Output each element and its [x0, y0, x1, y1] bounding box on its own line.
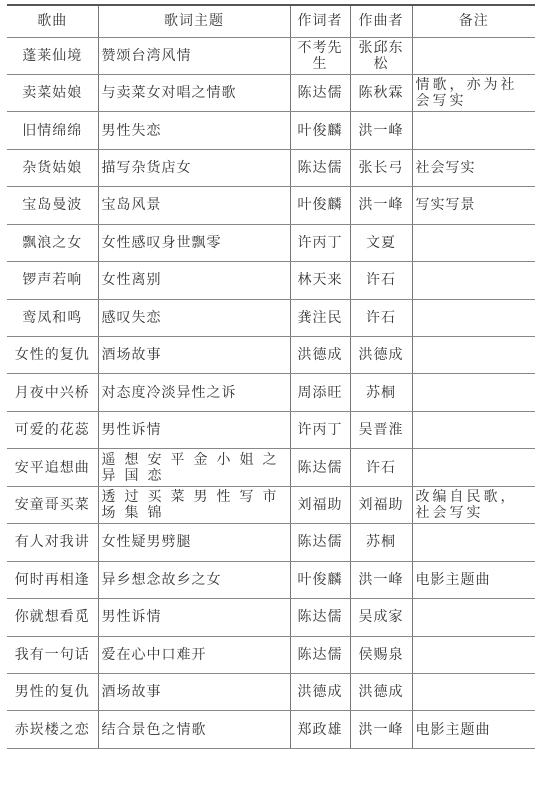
- theme-cell: 男性诉情: [98, 411, 290, 448]
- table-row: 可爱的花蕊男性诉情许丙丁吴晋淮: [7, 411, 535, 448]
- lyricist-cell: 不考先生: [290, 37, 350, 74]
- composer-cell: 苏桐: [350, 524, 412, 561]
- table-row: 女性的复仇酒场故事洪德成洪德成: [7, 337, 535, 374]
- theme-cell: 感叹失恋: [98, 299, 290, 336]
- table-row: 杂货姑娘描写杂货店女陈达儒张长弓社会写实: [7, 149, 535, 186]
- theme-cell: 爱在心中口难开: [98, 636, 290, 673]
- notes-cell: [412, 337, 535, 374]
- song-cell: 男性的复仇: [7, 673, 98, 710]
- composer-cell: 陈秋霖: [350, 74, 412, 111]
- theme-cell: 女性疑男劈腿: [98, 524, 290, 561]
- table-row: 旧情绵绵男性失恋叶俊麟洪一峰: [7, 112, 535, 149]
- lyricist-cell: 陈达儒: [290, 636, 350, 673]
- theme-cell: 女性离别: [98, 262, 290, 299]
- composer-cell: 许石: [350, 299, 412, 336]
- notes-cell: [412, 262, 535, 299]
- notes-cell: [412, 449, 535, 486]
- composer-cell: 洪德成: [350, 673, 412, 710]
- song-cell: 我有一句话: [7, 636, 98, 673]
- song-cell: 赤崁楼之恋: [7, 711, 98, 748]
- table-row: 卖菜姑娘与卖菜女对唱之情歌陈达儒陈秋霖情歌，亦为社会写实: [7, 74, 535, 111]
- table-row: 赤崁楼之恋结合景色之情歌郑政雄洪一峰电影主题曲: [7, 711, 535, 748]
- table-row: 月夜中兴桥对态度冷淡异性之诉周添旺苏桐: [7, 374, 535, 411]
- theme-cell: 酒场故事: [98, 337, 290, 374]
- notes-cell: [412, 37, 535, 74]
- composer-cell: 文夏: [350, 224, 412, 261]
- theme-cell: 对态度冷淡异性之诉: [98, 374, 290, 411]
- lyricist-cell: 陈达儒: [290, 599, 350, 636]
- lyricist-cell: 叶俊麟: [290, 112, 350, 149]
- composer-cell: 苏桐: [350, 374, 412, 411]
- notes-cell: 情歌，亦为社会写实: [412, 74, 535, 111]
- theme-cell: 透过买菜男性写市场集锦: [98, 486, 290, 523]
- header-notes: 备注: [412, 5, 535, 37]
- lyricist-cell: 许丙丁: [290, 224, 350, 261]
- table-row: 有人对我讲女性疑男劈腿陈达儒苏桐: [7, 524, 535, 561]
- song-cell: 有人对我讲: [7, 524, 98, 561]
- lyricist-cell: 郑政雄: [290, 711, 350, 748]
- header-row: 歌曲 歌词主题 作词者 作曲者 备注: [7, 5, 535, 37]
- table-row: 男性的复仇酒场故事洪德成洪德成: [7, 673, 535, 710]
- theme-cell: 男性失恋: [98, 112, 290, 149]
- song-cell: 安平追想曲: [7, 449, 98, 486]
- song-cell: 月夜中兴桥: [7, 374, 98, 411]
- notes-cell: 社会写实: [412, 149, 535, 186]
- song-cell: 锣声若响: [7, 262, 98, 299]
- theme-cell: 酒场故事: [98, 673, 290, 710]
- theme-cell: 与卖菜女对唱之情歌: [98, 74, 290, 111]
- lyricist-cell: 周添旺: [290, 374, 350, 411]
- header-lyricist: 作词者: [290, 5, 350, 37]
- composer-cell: 张长弓: [350, 149, 412, 186]
- table-row: 蓬莱仙境赞颂台湾风情不考先生张邱东松: [7, 37, 535, 74]
- table-row: 你就想看觅男性诉情陈达儒吴成家: [7, 599, 535, 636]
- composer-cell: 洪一峰: [350, 187, 412, 224]
- lyricist-cell: 陈达儒: [290, 524, 350, 561]
- song-cell: 安童哥买菜: [7, 486, 98, 523]
- song-cell: 宝岛曼波: [7, 187, 98, 224]
- notes-cell: 改编自民歌，社会写实: [412, 486, 535, 523]
- songs-table: 歌曲 歌词主题 作词者 作曲者 备注 蓬莱仙境赞颂台湾风情不考先生张邱东松卖菜姑…: [7, 4, 535, 749]
- composer-cell: 张邱东松: [350, 37, 412, 74]
- notes-cell: [412, 112, 535, 149]
- song-cell: 女性的复仇: [7, 337, 98, 374]
- notes-cell: [412, 224, 535, 261]
- header-composer: 作曲者: [350, 5, 412, 37]
- theme-cell: 宝岛风景: [98, 187, 290, 224]
- theme-cell: 异乡想念故乡之女: [98, 561, 290, 598]
- table-row: 安平追想曲遥想安平金小姐之异国恋陈达儒许石: [7, 449, 535, 486]
- theme-cell: 赞颂台湾风情: [98, 37, 290, 74]
- notes-cell: [412, 299, 535, 336]
- theme-cell: 男性诉情: [98, 599, 290, 636]
- composer-cell: 许石: [350, 449, 412, 486]
- lyricist-cell: 陈达儒: [290, 449, 350, 486]
- notes-cell: [412, 374, 535, 411]
- lyricist-cell: 洪德成: [290, 673, 350, 710]
- notes-cell: 写实写景: [412, 187, 535, 224]
- song-cell: 旧情绵绵: [7, 112, 98, 149]
- theme-cell: 结合景色之情歌: [98, 711, 290, 748]
- song-cell: 飘浪之女: [7, 224, 98, 261]
- song-cell: 卖菜姑娘: [7, 74, 98, 111]
- notes-cell: 电影主题曲: [412, 711, 535, 748]
- song-cell: 蓬莱仙境: [7, 37, 98, 74]
- lyricist-cell: 洪德成: [290, 337, 350, 374]
- header-song: 歌曲: [7, 5, 98, 37]
- composer-cell: 许石: [350, 262, 412, 299]
- composer-cell: 吴成家: [350, 599, 412, 636]
- song-cell: 可爱的花蕊: [7, 411, 98, 448]
- table-body: 蓬莱仙境赞颂台湾风情不考先生张邱东松卖菜姑娘与卖菜女对唱之情歌陈达儒陈秋霖情歌，…: [7, 37, 535, 748]
- song-cell: 鸾凤和鸣: [7, 299, 98, 336]
- notes-cell: 电影主题曲: [412, 561, 535, 598]
- lyricist-cell: 许丙丁: [290, 411, 350, 448]
- table-row: 宝岛曼波宝岛风景叶俊麟洪一峰写实写景: [7, 187, 535, 224]
- lyricist-cell: 林天来: [290, 262, 350, 299]
- composer-cell: 洪一峰: [350, 112, 412, 149]
- header-theme: 歌词主题: [98, 5, 290, 37]
- table-row: 何时再相逢异乡想念故乡之女叶俊麟洪一峰电影主题曲: [7, 561, 535, 598]
- lyricist-cell: 刘福助: [290, 486, 350, 523]
- song-cell: 杂货姑娘: [7, 149, 98, 186]
- table-row: 飘浪之女女性感叹身世飘零许丙丁文夏: [7, 224, 535, 261]
- song-cell: 你就想看觅: [7, 599, 98, 636]
- composer-cell: 洪一峰: [350, 711, 412, 748]
- notes-cell: [412, 673, 535, 710]
- theme-cell: 女性感叹身世飘零: [98, 224, 290, 261]
- lyricist-cell: 陈达儒: [290, 149, 350, 186]
- notes-cell: [412, 636, 535, 673]
- notes-cell: [412, 411, 535, 448]
- theme-cell: 描写杂货店女: [98, 149, 290, 186]
- composer-cell: 洪一峰: [350, 561, 412, 598]
- composer-cell: 侯赐泉: [350, 636, 412, 673]
- table-row: 安童哥买菜透过买菜男性写市场集锦刘福助刘福助改编自民歌，社会写实: [7, 486, 535, 523]
- lyricist-cell: 龚注民: [290, 299, 350, 336]
- notes-cell: [412, 524, 535, 561]
- lyricist-cell: 陈达儒: [290, 74, 350, 111]
- composer-cell: 洪德成: [350, 337, 412, 374]
- lyricist-cell: 叶俊麟: [290, 561, 350, 598]
- table-row: 鸾凤和鸣感叹失恋龚注民许石: [7, 299, 535, 336]
- composer-cell: 吴晋淮: [350, 411, 412, 448]
- song-cell: 何时再相逢: [7, 561, 98, 598]
- table-row: 我有一句话爱在心中口难开陈达儒侯赐泉: [7, 636, 535, 673]
- lyricist-cell: 叶俊麟: [290, 187, 350, 224]
- theme-cell: 遥想安平金小姐之异国恋: [98, 449, 290, 486]
- table-row: 锣声若响女性离别林天来许石: [7, 262, 535, 299]
- notes-cell: [412, 599, 535, 636]
- composer-cell: 刘福助: [350, 486, 412, 523]
